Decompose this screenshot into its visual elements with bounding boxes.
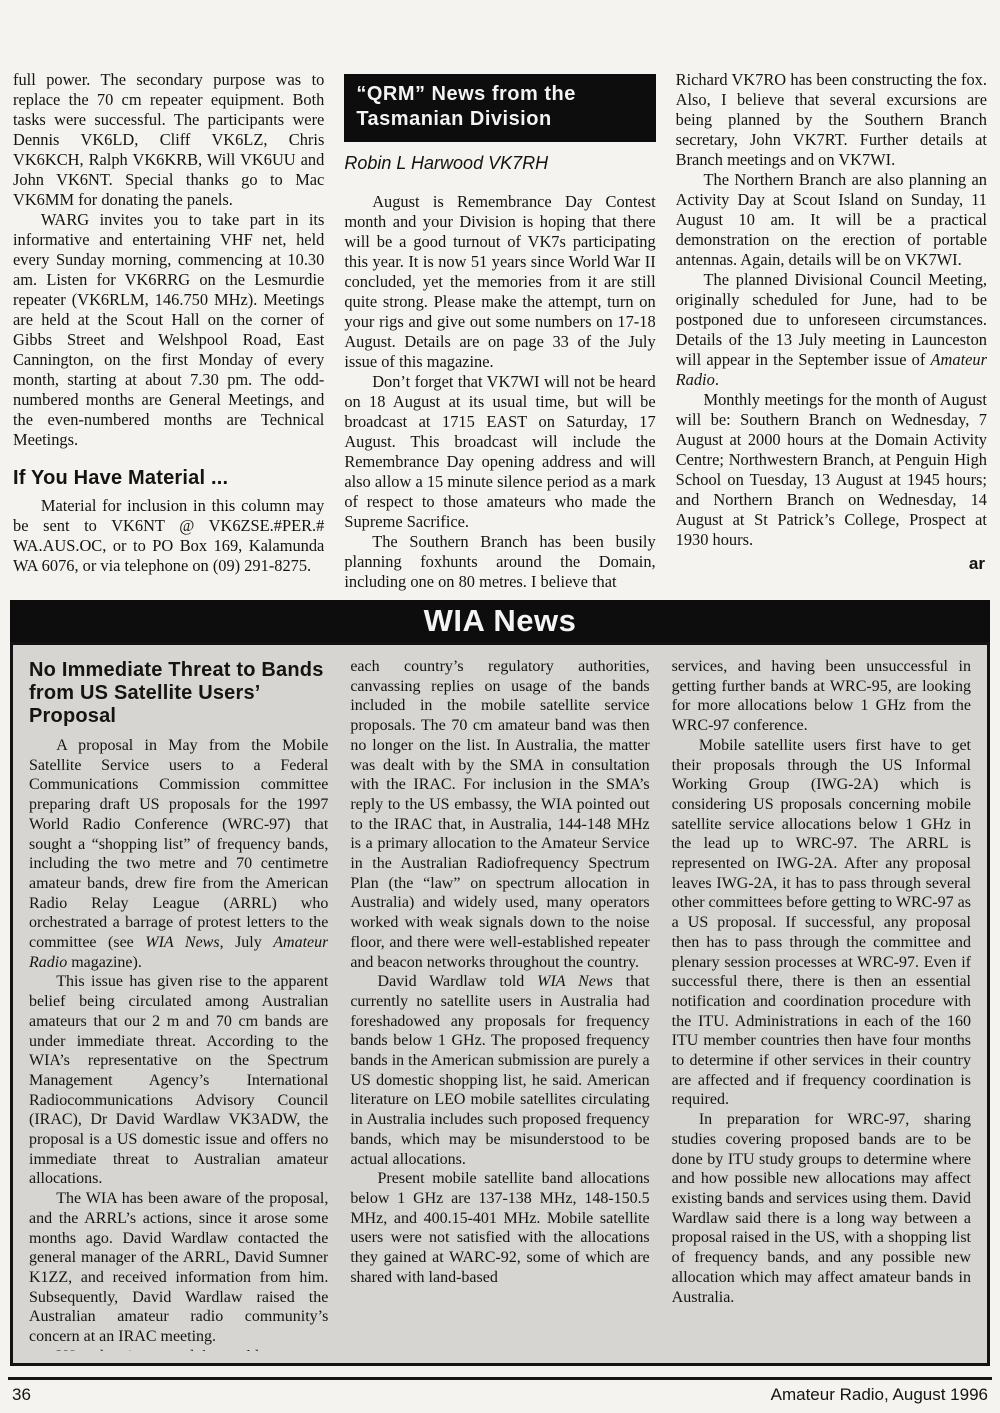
article-paragraph: full power. The secondary purpose was to…: [13, 70, 324, 210]
author-byline: Robin L Harwood VK7RH: [344, 152, 655, 174]
article-paragraph: The planned Divisional Council Meeting, …: [676, 270, 987, 390]
top-column-2: “QRM” News from the Tasmanian Division R…: [344, 70, 655, 598]
wia-column-2: each country’s regulatory authorities, c…: [350, 657, 649, 1351]
article-paragraph: August is Remembrance Day Contest month …: [344, 192, 655, 372]
article-paragraph: Richard VK7RO has been constructing the …: [676, 70, 987, 170]
article-paragraph: The Southern Branch has been busily plan…: [344, 532, 655, 592]
paragraph-text: that currently no satellite users in Aus…: [350, 973, 649, 1167]
section-heading-if-you-have-material: If You Have Material ...: [13, 466, 324, 490]
article-paragraph: A proposal in May from the Mobile Satell…: [29, 736, 328, 972]
article-paragraph: Mobile satellite users first have to get…: [672, 736, 971, 1110]
paragraph-text: David Wardlaw told: [378, 973, 538, 990]
wia-news-banner: WIA News: [10, 600, 990, 642]
footer-rule: [8, 1377, 992, 1380]
article-paragraph: The Northern Branch are also planning an…: [676, 170, 987, 270]
wia-article-heading: No Immediate Threat to Bands from US Sat…: [29, 659, 328, 728]
paragraph-text: .: [715, 370, 719, 389]
wia-news-box: No Immediate Threat to Bands from US Sat…: [10, 642, 990, 1366]
paragraph-text: , July: [220, 934, 274, 951]
article-paragraph: Don’t forget that VK7WI will not be hear…: [344, 372, 655, 532]
article-paragraph: US embassies around the world wrote to: [29, 1347, 328, 1351]
italic-title: WIA News: [537, 973, 613, 990]
wia-news-banner-title: WIA News: [424, 603, 577, 639]
top-column-3: Richard VK7RO has been constructing the …: [676, 70, 987, 598]
article-paragraph: services, and having been unsuccessful i…: [672, 657, 971, 736]
qrm-header-line2: Tasmanian Division: [356, 107, 643, 132]
page-number: 36: [12, 1385, 31, 1405]
article-paragraph: Material for inclusion in this column ma…: [13, 496, 324, 576]
qrm-header-line1: “QRM” News from the: [356, 82, 643, 107]
top-column-1: full power. The secondary purpose was to…: [13, 70, 324, 598]
article-end-mark: ar: [676, 554, 985, 574]
qrm-news-header: “QRM” News from the Tasmanian Division: [344, 74, 655, 142]
article-paragraph: This issue has given rise to the apparen…: [29, 972, 328, 1189]
italic-title: WIA News: [145, 934, 219, 951]
article-paragraph: Present mobile satellite band allocation…: [350, 1169, 649, 1287]
magazine-page: full power. The secondary purpose was to…: [0, 0, 1000, 1413]
article-paragraph: David Wardlaw told WIA News that current…: [350, 972, 649, 1169]
top-article-section: full power. The secondary purpose was to…: [13, 70, 987, 598]
article-paragraph: In preparation for WRC-97, sharing studi…: [672, 1110, 971, 1307]
article-paragraph: The WIA has been aware of the proposal, …: [29, 1189, 328, 1347]
magazine-title-footer: Amateur Radio, August 1996: [771, 1385, 988, 1405]
article-paragraph: WARG invites you to take part in its inf…: [13, 210, 324, 450]
wia-column-1: No Immediate Threat to Bands from US Sat…: [29, 657, 328, 1351]
paragraph-text: magazine).: [67, 954, 142, 971]
article-paragraph: Monthly meetings for the month of August…: [676, 390, 987, 550]
article-paragraph: each country’s regulatory authorities, c…: [350, 657, 649, 972]
paragraph-text: A proposal in May from the Mobile Satell…: [29, 737, 328, 951]
wia-column-3: services, and having been unsuccessful i…: [672, 657, 971, 1351]
